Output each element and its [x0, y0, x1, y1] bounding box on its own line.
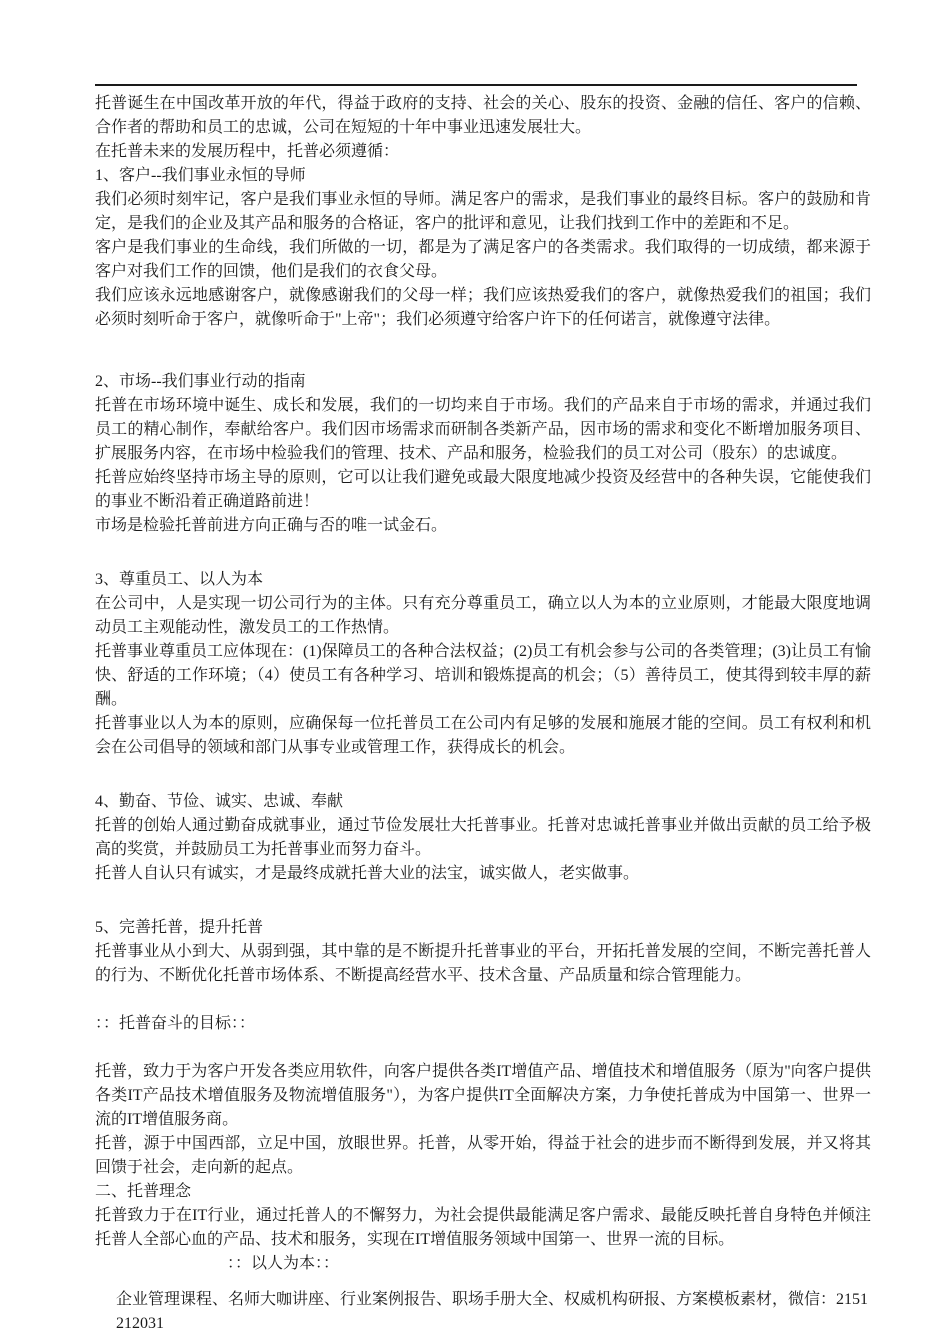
- section-4-paragraph: 托普的创始人通过勤奋成就事业，通过节俭发展壮大托普事业。托普对忠诚托普事业并做出…: [95, 814, 871, 862]
- section-3-paragraph: 在公司中，人是实现一切公司行为的主体。只有充分尊重员工，确立以人为本的立业原则，…: [95, 592, 871, 640]
- section-heading-1: 1、客户--我们事业永恒的导师: [95, 164, 871, 188]
- blank-line: [95, 988, 871, 1012]
- section-3-paragraph: 托普事业以人为本的原则，应确保每一位托普员工在公司内有足够的发展和施展才能的空间…: [95, 712, 871, 760]
- blank-line: [95, 1276, 871, 1288]
- section-1-paragraph: 客户是我们事业的生命线，我们所做的一切，都是为了满足客户的各类需求。我们取得的一…: [95, 236, 871, 284]
- section-heading-4: 4、勤奋、节俭、诚实、忠诚、奉献: [95, 790, 871, 814]
- document-content: 托普诞生在中国改革开放的年代，得益于政府的支持、社会的关心、股东的投资、金融的信…: [95, 92, 871, 1336]
- horizontal-rule: [95, 84, 857, 86]
- section-heading-two: 二、托普理念: [95, 1180, 871, 1204]
- intro-paragraph: 托普诞生在中国改革开放的年代，得益于政府的支持、社会的关心、股东的投资、金融的信…: [95, 92, 871, 140]
- section-4-paragraph: 托普人自认只有诚实，才是最终成就托普大业的法宝，诚实做人，老实做事。: [95, 862, 871, 886]
- goal-paragraph: 托普，致力于为客户开发各类应用软件，向客户提供各类IT增值产品、增值技术和增值服…: [95, 1060, 871, 1132]
- section-5-paragraph: 托普事业从小到大、从弱到强，其中靠的是不断提升托普事业的平台，开拓托普发展的空间…: [95, 940, 871, 988]
- philosophy-paragraph: 托普致力于在IT行业，通过托普人的不懈努力，为社会提供最能满足客户需求、最能反映…: [95, 1204, 871, 1252]
- blank-line: [95, 886, 871, 916]
- document-page: 托普诞生在中国改革开放的年代，得益于政府的支持、社会的关心、股东的投资、金融的信…: [0, 0, 950, 1344]
- section-2-paragraph: 托普在市场环境中诞生、成长和发展，我们的一切均来自于市场。我们的产品来自于市场的…: [95, 394, 871, 466]
- section-2-paragraph: 托普应始终坚持市场主导的原则，它可以让我们避免或最大限度地减少投资及经营中的各种…: [95, 466, 871, 514]
- goal-banner-line: ：：托普奋斗的目标：：: [95, 1012, 871, 1036]
- section-heading-5: 5、完善托普，提升托普: [95, 916, 871, 940]
- blank-line: [95, 332, 871, 370]
- promo-footer-line: 企业管理课程、名师大咖讲座、行业案例报告、职场手册大全、权威机构研报、方案模板素…: [95, 1288, 871, 1336]
- section-1-paragraph: 我们必须时刻牢记，客户是我们事业永恒的导师。满足客户的需求，是我们事业的最终目标…: [95, 188, 871, 236]
- blank-line: [95, 1036, 871, 1060]
- intro-lead-line: 在托普未来的发展历程中，托普必须遵循：: [95, 140, 871, 164]
- section-3-paragraph: 托普事业尊重员工应体现在：(1)保障员工的各种合法权益；(2)员工有机会参与公司…: [95, 640, 871, 712]
- people-first-line: ：：以人为本：：: [95, 1252, 871, 1276]
- section-2-paragraph: 市场是检验托普前进方向正确与否的唯一试金石。: [95, 514, 871, 538]
- goal-paragraph: 托普，源于中国西部，立足中国，放眼世界。托普，从零开始，得益于社会的进步而不断得…: [95, 1132, 871, 1180]
- blank-line: [95, 538, 871, 568]
- section-heading-3: 3、尊重员工、以人为本: [95, 568, 871, 592]
- section-1-paragraph: 我们应该永远地感谢客户，就像感谢我们的父母一样；我们应该热爱我们的客户，就像热爱…: [95, 284, 871, 332]
- blank-line: [95, 760, 871, 790]
- section-heading-2: 2、市场--我们事业行动的指南: [95, 370, 871, 394]
